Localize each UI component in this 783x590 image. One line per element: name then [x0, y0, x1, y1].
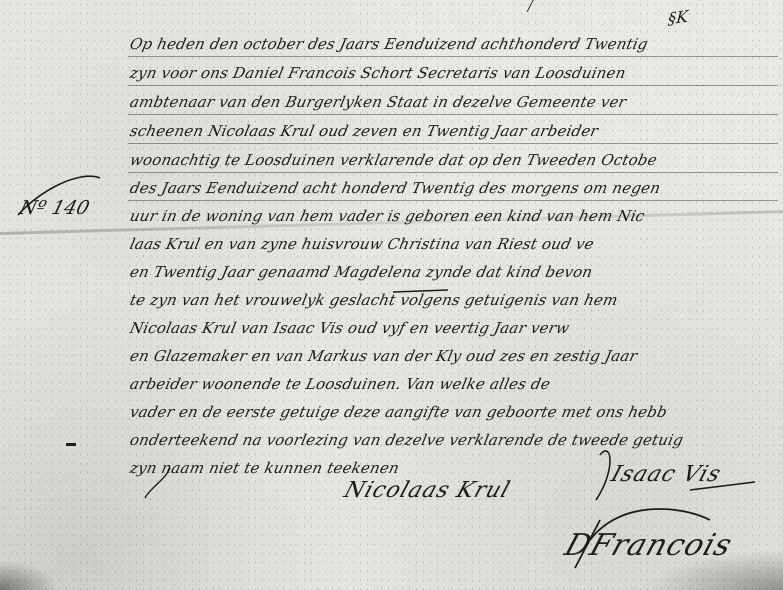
record-line-13: arbeider woonende te Loosduinen. Van wel… — [128, 374, 552, 394]
top-left-stroke-fragment: / — [527, 0, 533, 15]
ruled-line — [128, 143, 778, 144]
record-line-8: laas Krul en van zyne huisvrouw Christin… — [128, 234, 596, 254]
ruled-line — [128, 85, 778, 86]
record-line-2: zyn voor ons Daniel Francois Schort Secr… — [128, 63, 628, 83]
scanned-document-page: / §K Nº 140 Op heden den october des Jaa… — [0, 0, 783, 590]
ruled-line — [128, 200, 778, 201]
record-line-12: en Glazemaker en van Markus van der Kly … — [128, 346, 639, 366]
margin-dash-mark — [66, 443, 76, 446]
ruled-line — [128, 56, 778, 57]
record-line-9: en Twentig Jaar genaamd Magdelena zynde … — [128, 262, 594, 282]
top-initials-fragment: §K — [667, 6, 689, 28]
record-line-3: ambtenaar van den Burgerlyken Staat in d… — [128, 92, 628, 112]
scan-corner-shadow — [643, 550, 783, 590]
signature-father: Nicolaas Krul — [341, 478, 514, 503]
record-line-11: Nicolaas Krul van Isaac Vis oud vyf en v… — [128, 318, 571, 338]
record-line-10: te zyn van het vrouwelyk geslacht volgen… — [128, 290, 620, 310]
record-line-1: Op heden den october des Jaars Eenduizen… — [128, 34, 650, 54]
ruled-line — [128, 172, 778, 173]
record-line-6: des Jaars Eenduizend acht honderd Twenti… — [128, 178, 662, 198]
scan-corner-shadow — [0, 560, 60, 590]
record-line-14: vader en de eerste getuige deze aangifte… — [128, 402, 669, 422]
record-line-15: onderteekend na voorlezing van dezelve v… — [128, 430, 685, 450]
entry-number-margin-note: Nº 140 — [17, 197, 92, 219]
record-line-7: uur in de woning van hem vader is gebore… — [128, 206, 647, 226]
ruled-line — [128, 114, 778, 115]
record-line-5: woonachtig te Loosduinen verklarende dat… — [128, 150, 659, 170]
record-line-4: scheenen Nicolaas Krul oud zeven en Twen… — [128, 121, 600, 141]
record-line-16: zyn naam niet te kunnen teekenen — [128, 458, 401, 478]
signature-witness: Isaac Vis — [608, 462, 724, 487]
